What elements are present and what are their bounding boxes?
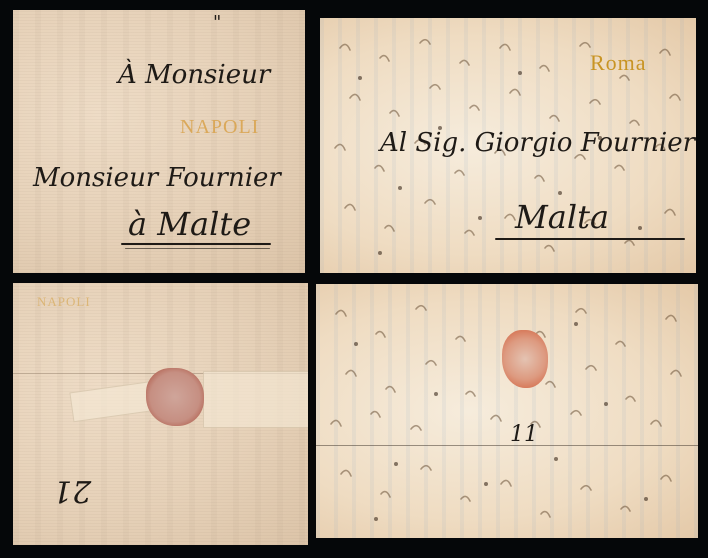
postmark-roma: Roma	[590, 50, 647, 76]
rome-letter-front: Roma Al Sig. Giorgio Fournier Malta	[320, 18, 696, 273]
rate-marking: 21	[53, 473, 91, 508]
addressee: Monsieur Fournier	[33, 163, 281, 193]
mark-top: "	[213, 12, 221, 33]
naples-letter-front: " À Monsieur NAPOLI Monsieur Fournier à …	[13, 10, 305, 273]
fold-line	[316, 445, 698, 446]
salutation: À Monsieur	[118, 60, 270, 90]
destination: Malta	[515, 198, 609, 236]
postmark-napoli: NAPOLI	[180, 116, 259, 139]
addressee: Al Sig. Giorgio Fournier	[380, 128, 695, 158]
rate-marking: 11	[510, 422, 538, 447]
address-underline-2	[125, 248, 270, 249]
wax-seal	[146, 368, 204, 426]
naples-letter-back: NAPOLI 21	[13, 283, 308, 545]
rome-letter-back: 11	[316, 284, 698, 538]
right-flap	[203, 371, 308, 428]
ink-bleed-through	[316, 284, 698, 538]
destination: à Malte	[128, 205, 251, 243]
address-underline	[121, 243, 271, 245]
wax-seal	[502, 330, 548, 388]
address-underline	[495, 238, 685, 240]
faint-marking: NAPOLI	[37, 294, 91, 310]
